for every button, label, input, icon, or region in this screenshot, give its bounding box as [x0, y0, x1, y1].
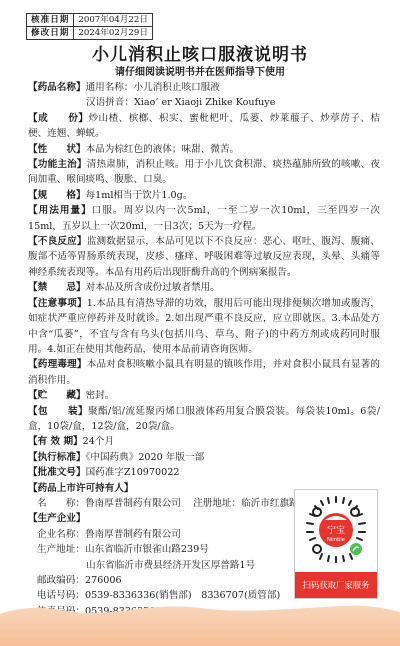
section-package: 【包 装】聚酯/铝/流延聚丙烯口服液体药用复合膜袋装。每袋装10ml。6袋/盒，…	[28, 404, 380, 435]
section-indications: 【功能主治】清热肃肺，消积止咳。用于小儿饮食积滞、痰热蕴肺所致的咳嗽、夜间加重、…	[28, 157, 380, 188]
revision-date-label: 修改日期	[27, 27, 74, 40]
section-adverse-reactions: 【不良反应】监测数据显示，本品可见以下不良反应：恶心、呕吐、腹泻、腹痛、腹部不适…	[28, 234, 380, 280]
mini-program-code-icon: 宁宝 Nimble	[299, 494, 373, 566]
date-table: 核准日期 2007年04月22日 修改日期 2024年02月29日	[26, 13, 153, 40]
leaflet-page: 核准日期 2007年04月22日 修改日期 2024年02月29日 小儿消积止咳…	[0, 0, 400, 646]
section-storage: 【贮 藏】密封。	[28, 388, 380, 403]
qr-brand: 宁宝	[327, 524, 345, 536]
approval-date-label: 核准日期	[27, 14, 74, 27]
pinyin-line: 汉语拼音：Xiao’ er Xiaoji Zhike Koufuye	[28, 95, 380, 110]
section-appearance: 【性 状】本品为棕红色的液体；味甜、微苦。	[28, 142, 380, 157]
qr-banner: 扫码获取厂家服务	[295, 572, 377, 598]
qr-code-card[interactable]: 宁宝 Nimble 扫码获取厂家服务	[294, 489, 378, 599]
section-spec: 【规 格】每1ml相当于饮片1.0g。	[28, 188, 380, 203]
revision-date-value: 2024年02月29日	[74, 27, 153, 40]
section-dosage: 【用法用量】口服。周岁以内一次5ml，一至二岁一次10ml，三至四岁一次15ml…	[28, 203, 380, 234]
section-standard: 【执行标准】《中国药典》2020 年版一部	[28, 450, 380, 465]
document-subtitle: 请仔细阅读说明书并在医师指导下使用	[0, 67, 400, 79]
approval-date-value: 2007年04月22日	[74, 14, 153, 27]
section-name: 【药品名称】通用名称：小儿消积止咳口服液	[28, 80, 380, 95]
decorative-wave	[0, 600, 400, 646]
section-contraindications: 【禁 忌】对本品及所含成份过敏者禁用。	[28, 280, 380, 295]
document-title: 小儿消积止咳口服液说明书	[0, 45, 400, 65]
section-precautions: 【注意事项】1.本品具有清热导滞的功效，服用后可能出现排便频次增加或腹泻，如症状…	[28, 296, 380, 358]
svg-text:Nimble: Nimble	[327, 537, 345, 543]
holder-name: 名 称：鲁南厚普制药有限公司	[37, 498, 181, 509]
section-approval-number: 【批准文号】国药准字Z10970022	[28, 465, 380, 480]
section-shelf-life: 【有 效 期】24个月	[28, 434, 380, 449]
section-pharmacology: 【药理毒理】本品对食积咳嗽小鼠具有明显的镇咳作用，并对食积小鼠具有显著的消积作用…	[28, 357, 380, 388]
section-ingredients: 【成 份】炒山楂、槟榔、枳实、蜜枇杷叶、瓜蒌、炒莱菔子、炒葶苈子、桔梗、连翘、蝉…	[28, 111, 380, 142]
